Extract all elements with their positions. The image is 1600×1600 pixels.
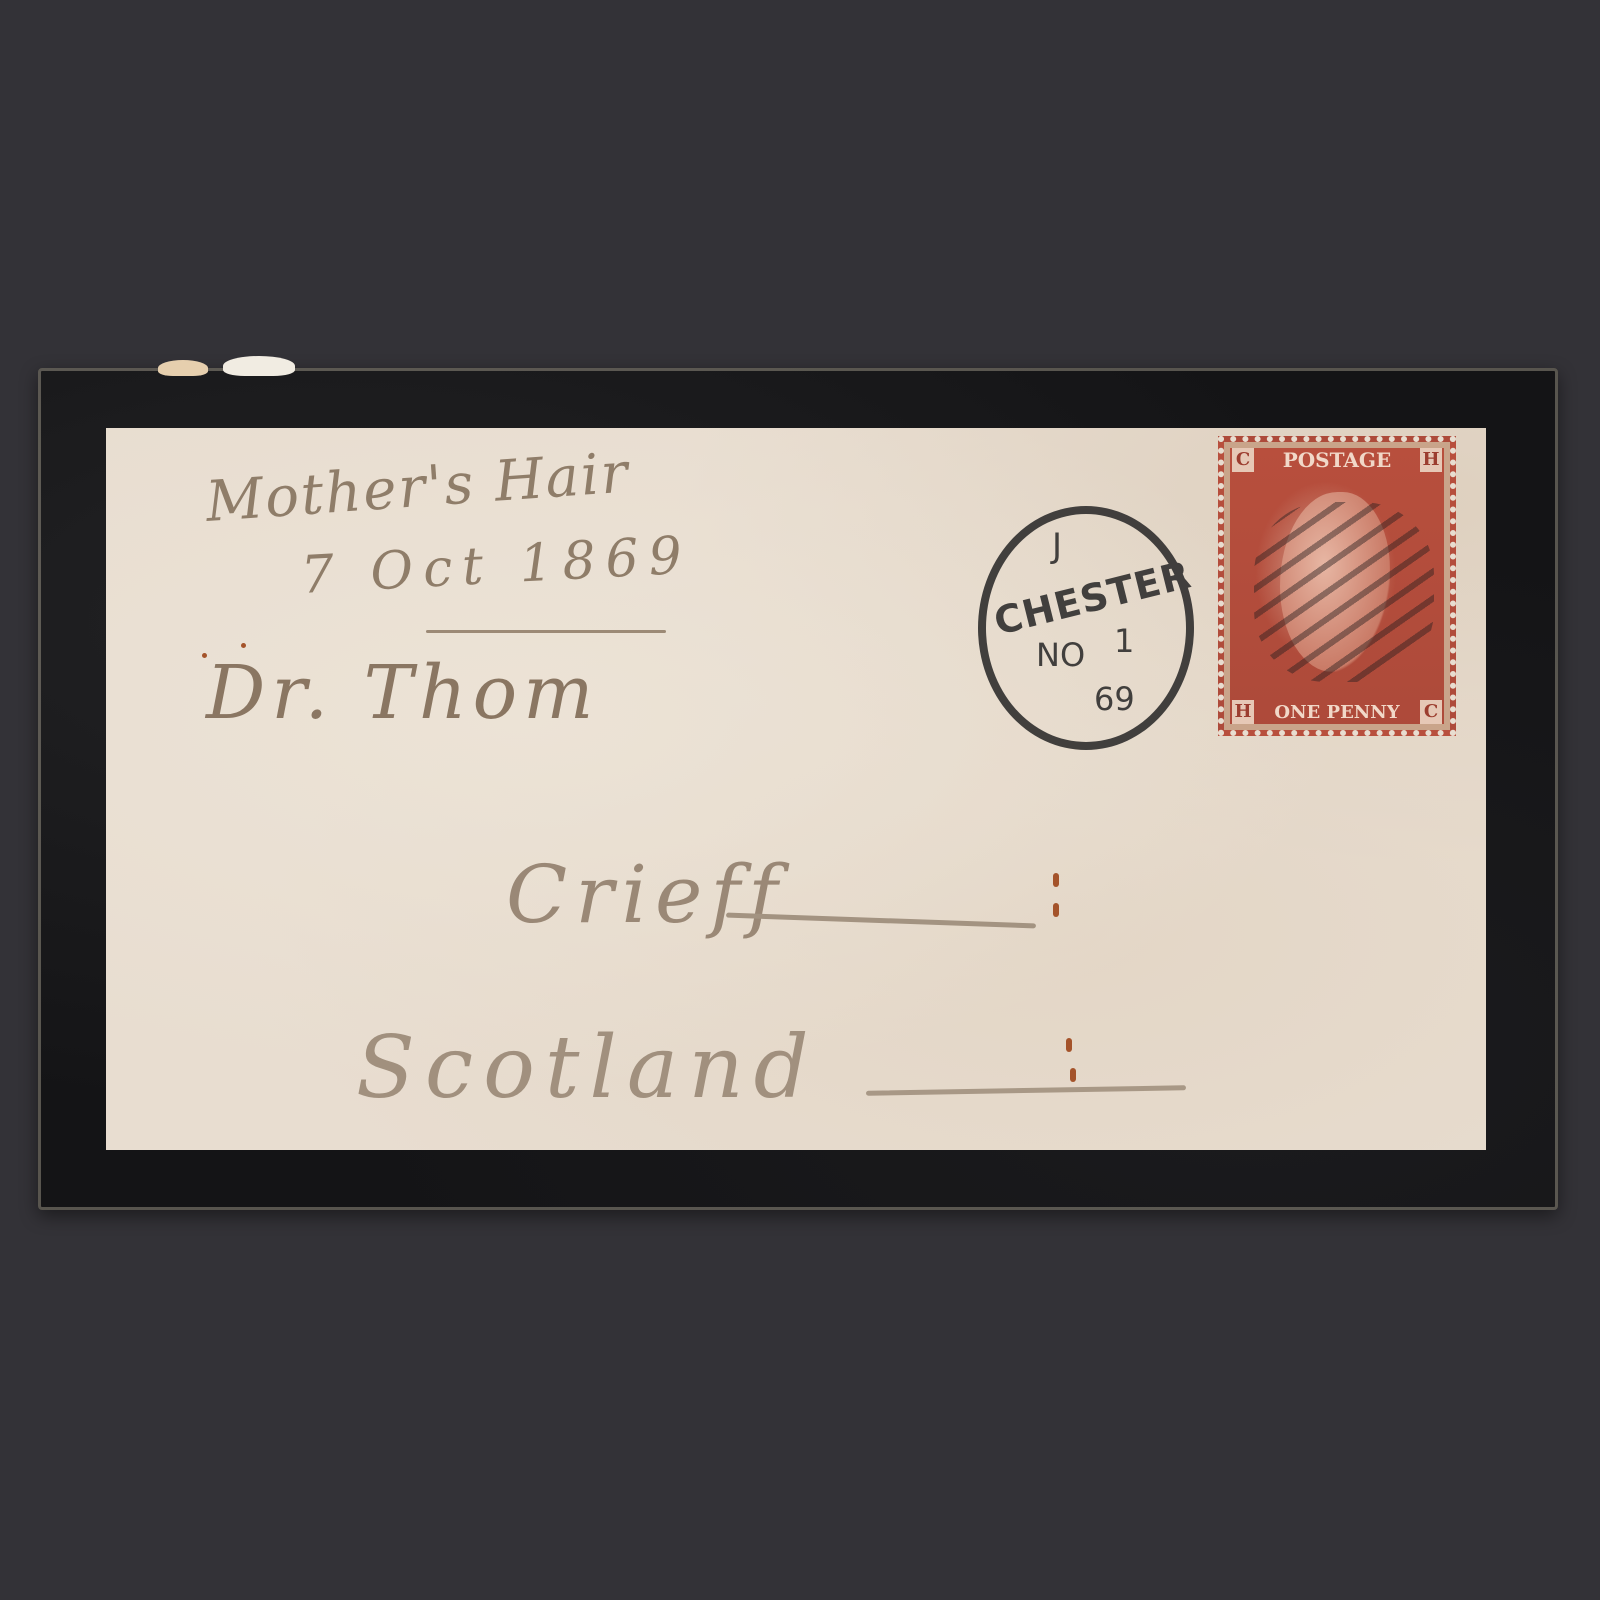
stamp-corner-letter: H: [1420, 448, 1442, 472]
foxing-spot: [1066, 1038, 1072, 1052]
mourning-envelope: Mother's Hair 7 Oct 1869 Dr. Thom Crieff…: [38, 368, 1558, 1210]
stamp-value-label: ONE PENNY: [1274, 702, 1399, 723]
duplex-cancellation: [1254, 502, 1434, 682]
postmark-day: 1: [1114, 622, 1134, 660]
docket-note-line1: Mother's Hair: [204, 440, 632, 534]
address-town: Crieff: [506, 848, 786, 941]
foxing-spot: [1053, 903, 1059, 917]
address-country: Scotland: [356, 1018, 819, 1118]
postmark-town: CHESTER: [990, 552, 1196, 643]
postmark-year: 69: [1094, 680, 1135, 718]
stamp-corner-letter: H: [1232, 700, 1254, 724]
stamp-bottom-row: H ONE PENNY C: [1224, 700, 1450, 724]
address-panel: Mother's Hair 7 Oct 1869 Dr. Thom Crieff…: [106, 428, 1486, 1150]
wax-seal-residue: [223, 356, 295, 376]
docket-note-date: 7 Oct 1869: [299, 526, 693, 606]
foxing-spot: [1053, 873, 1059, 887]
stamp-corner-letter: C: [1232, 448, 1254, 472]
flourish-stroke: [866, 1085, 1186, 1096]
postmark-month: NO: [1036, 636, 1085, 674]
foxing-spot: [241, 643, 246, 648]
postmark-code: J: [1052, 526, 1062, 566]
foxing-spot: [1070, 1068, 1076, 1082]
addressee-name: Dr. Thom: [206, 650, 599, 736]
foxing-spot: [202, 653, 207, 658]
torn-seal-fragment: [158, 360, 208, 376]
chester-postmark: J CHESTER NO 1 69: [978, 506, 1194, 750]
penny-red-stamp: C POSTAGE H H ONE PENNY C: [1218, 436, 1456, 736]
stamp-corner-letter: C: [1420, 700, 1442, 724]
docket-underline: [426, 630, 666, 633]
stamp-top-row: C POSTAGE H: [1224, 448, 1450, 472]
stamp-postage-label: POSTAGE: [1283, 448, 1392, 472]
